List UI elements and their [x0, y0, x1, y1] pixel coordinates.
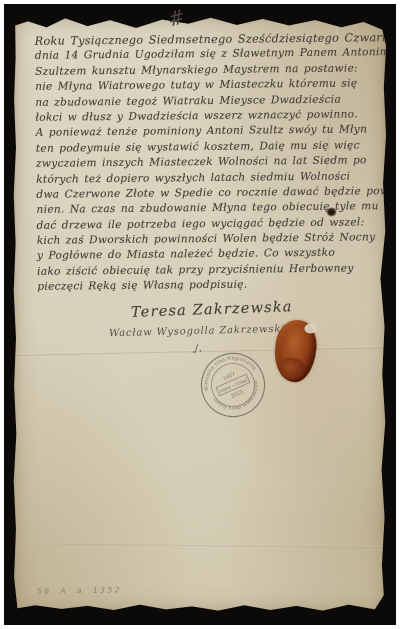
signature-secondary: Wacław Wysogolla Zakrzewski [109, 325, 285, 340]
archival-pencil-note: 58 A a 1352 [37, 586, 122, 595]
manuscript-line: pieczęci Ręką się Własną podpisuię. [37, 276, 379, 295]
manuscript-paper: Roku Tysiącznego Siedmsetnego Sześćdzies… [13, 16, 386, 613]
signature-primary: Teresa Zakrzewska [131, 300, 293, 320]
signature-flourish: ./. [190, 342, 202, 355]
document-scan: # Roku Tysiącznego Siedmsetnego Sześćdzi… [0, 0, 400, 629]
manuscript-text-block: Roku Tysiącznego Siedmsetnego Sześćdzies… [35, 30, 380, 295]
ink-blot [327, 208, 336, 216]
folio-mark: # [167, 6, 183, 30]
stamp-year-top: 1407 [222, 372, 236, 383]
paper-crease [15, 542, 384, 548]
stamp-year-bottom: 2013 [230, 389, 244, 400]
